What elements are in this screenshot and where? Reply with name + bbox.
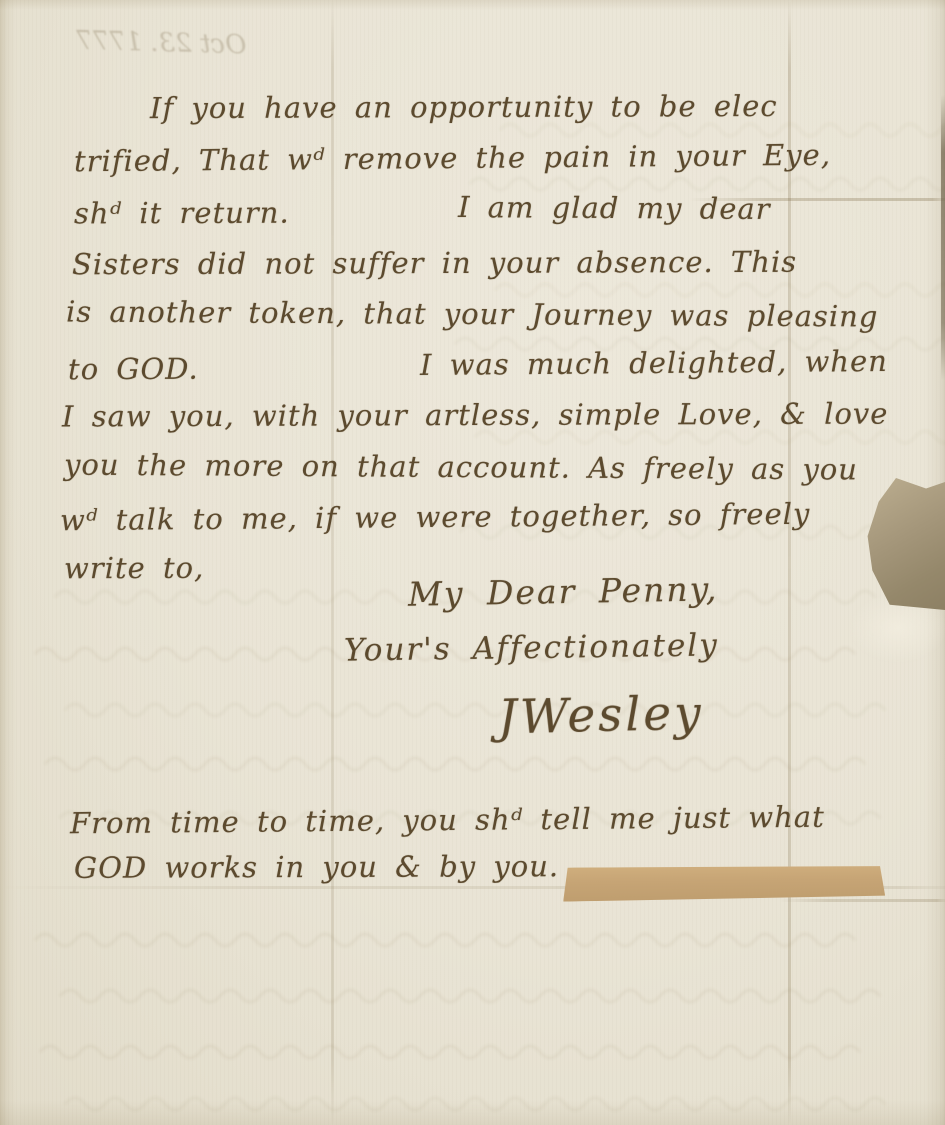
faint-date-inscription: Oct 23. 1777 bbox=[76, 26, 247, 60]
letter-line: is another token, that your Journey was … bbox=[66, 295, 879, 334]
letter-line: wᵈ talk to me, if we were together, so f… bbox=[60, 497, 811, 538]
letter-line: to GOD. bbox=[68, 352, 199, 386]
letter-line: If you have an opportunity to be elec bbox=[150, 89, 778, 125]
letter-line: you the more on that account. As freely … bbox=[64, 448, 858, 487]
letter-page: Oct 23. 1777 If you have an opportunity … bbox=[0, 0, 945, 1125]
letter-line: shᵈ it return. bbox=[74, 196, 290, 231]
horizontal-fold-crease-bottom-right bbox=[780, 899, 945, 902]
letter-signature: JWesley bbox=[497, 686, 704, 745]
letter-valediction: Your's Affectionately bbox=[344, 627, 719, 668]
letter-postscript-line: GOD works in you & by you. bbox=[74, 849, 559, 885]
letter-salutation: My Dear Penny, bbox=[408, 569, 719, 613]
tape-repair-strip bbox=[563, 864, 885, 901]
letter-line: I am glad my dear bbox=[458, 190, 771, 226]
letter-postscript-line: From time to time, you shᵈ tell me just … bbox=[70, 800, 825, 841]
letter-line: I saw you, with your artless, simple Lov… bbox=[62, 397, 889, 434]
letter-line: I was much delighted, when bbox=[420, 344, 888, 382]
dark-right-edge bbox=[941, 95, 945, 380]
letter-line: Sisters did not suffer in your absence. … bbox=[72, 245, 797, 282]
torn-paper-patch bbox=[866, 478, 945, 610]
letter-line: trified, That wᵈ remove the pain in your… bbox=[74, 138, 831, 179]
letter-line: write to, bbox=[64, 551, 204, 585]
